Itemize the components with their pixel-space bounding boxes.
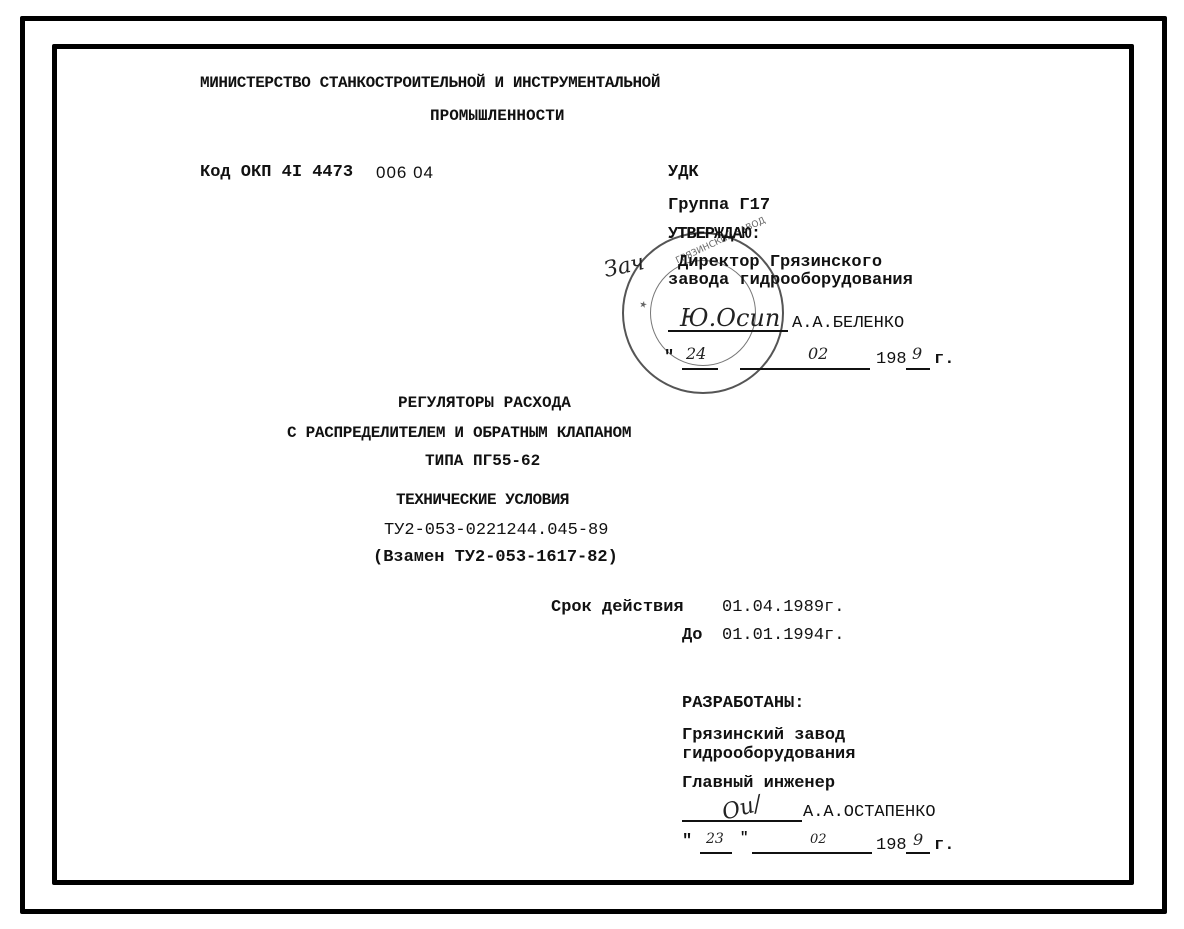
approval-date-day: 24 xyxy=(686,344,706,363)
developer-date-month-line xyxy=(752,852,872,854)
ministry-line-1: МИНИСТЕРСТВО СТАНКОСТРОИТЕЛЬНОЙ И ИНСТРУ… xyxy=(200,73,660,93)
approval-date-year-digit: 9 xyxy=(912,344,922,363)
validity-label: Срок действия xyxy=(551,598,684,618)
validity-to-label: До xyxy=(682,626,702,646)
okp-code-label: Код ОКП 4I 4473 xyxy=(200,163,353,183)
developer-date-quote-close: " xyxy=(740,828,748,848)
title-line-1: РЕГУЛЯТОРЫ РАСХОДА xyxy=(398,393,571,413)
approval-date-year-prefix: 198 xyxy=(876,350,907,370)
title-line-2: С РАСПРЕДЕЛИТЕЛЕМ И ОБРАТНЫМ КЛАПАНОМ xyxy=(287,423,631,443)
approval-date-quote: " xyxy=(664,348,674,368)
engineer-name: А.А.ОСТАПЕНКО xyxy=(803,803,936,823)
approval-date-month: 02 xyxy=(808,344,828,363)
group-label: Группа Г17 xyxy=(668,196,770,216)
okp-code-suffix: 006 04 xyxy=(376,163,434,183)
developer-date-year-prefix: 198 xyxy=(876,836,907,856)
validity-to: 01.01.1994г. xyxy=(722,626,844,646)
developer-date-day: 23 xyxy=(706,831,724,847)
developer-date-year-line xyxy=(906,852,930,854)
engineer-signature-line xyxy=(682,820,802,822)
developer-date-quote: " xyxy=(682,832,692,852)
udk-label: УДК xyxy=(668,163,699,183)
developer-org-line-2: гидрооборудования xyxy=(682,745,855,765)
title-line-3: ТИПА ПГ55-62 xyxy=(425,451,540,471)
developer-date-day-line xyxy=(700,852,732,854)
developer-org-line-1: Грязинский завод xyxy=(682,726,845,746)
approval-date-month-line xyxy=(740,368,870,370)
approval-label: УТВЕРЖДАЮ: xyxy=(668,225,760,245)
director-signature-line xyxy=(668,330,788,332)
developer-label: РАЗРАБОТАНЫ: xyxy=(682,694,804,714)
doc-number: ТУ2-053-0221244.045-89 xyxy=(384,521,608,541)
approval-date-year-line xyxy=(906,368,930,370)
approval-position-line-2: завода гидрооборудования xyxy=(668,271,913,291)
developer-date-year-digit: 9 xyxy=(913,830,923,849)
ministry-line-2: ПРОМЫШЛЕННОСТИ xyxy=(430,106,564,126)
developer-position: Главный инженер xyxy=(682,774,835,794)
approval-date-suffix: г. xyxy=(934,350,954,370)
approval-position-line-1: Директор Грязинского xyxy=(678,253,882,273)
director-signature: Ю.Осип xyxy=(680,304,780,332)
developer-date-suffix: г. xyxy=(934,836,954,856)
doc-replaces: (Взамен ТУ2-053-1617-82) xyxy=(373,548,618,568)
director-name: А.А.БЕЛЕНКО xyxy=(792,314,904,334)
approval-date-day-line xyxy=(682,368,718,370)
validity-from: 01.04.1989г. xyxy=(722,598,844,618)
developer-date-month: 02 xyxy=(810,832,827,847)
doc-type: ТЕХНИЧЕСКИЕ УСЛОВИЯ xyxy=(396,490,569,510)
